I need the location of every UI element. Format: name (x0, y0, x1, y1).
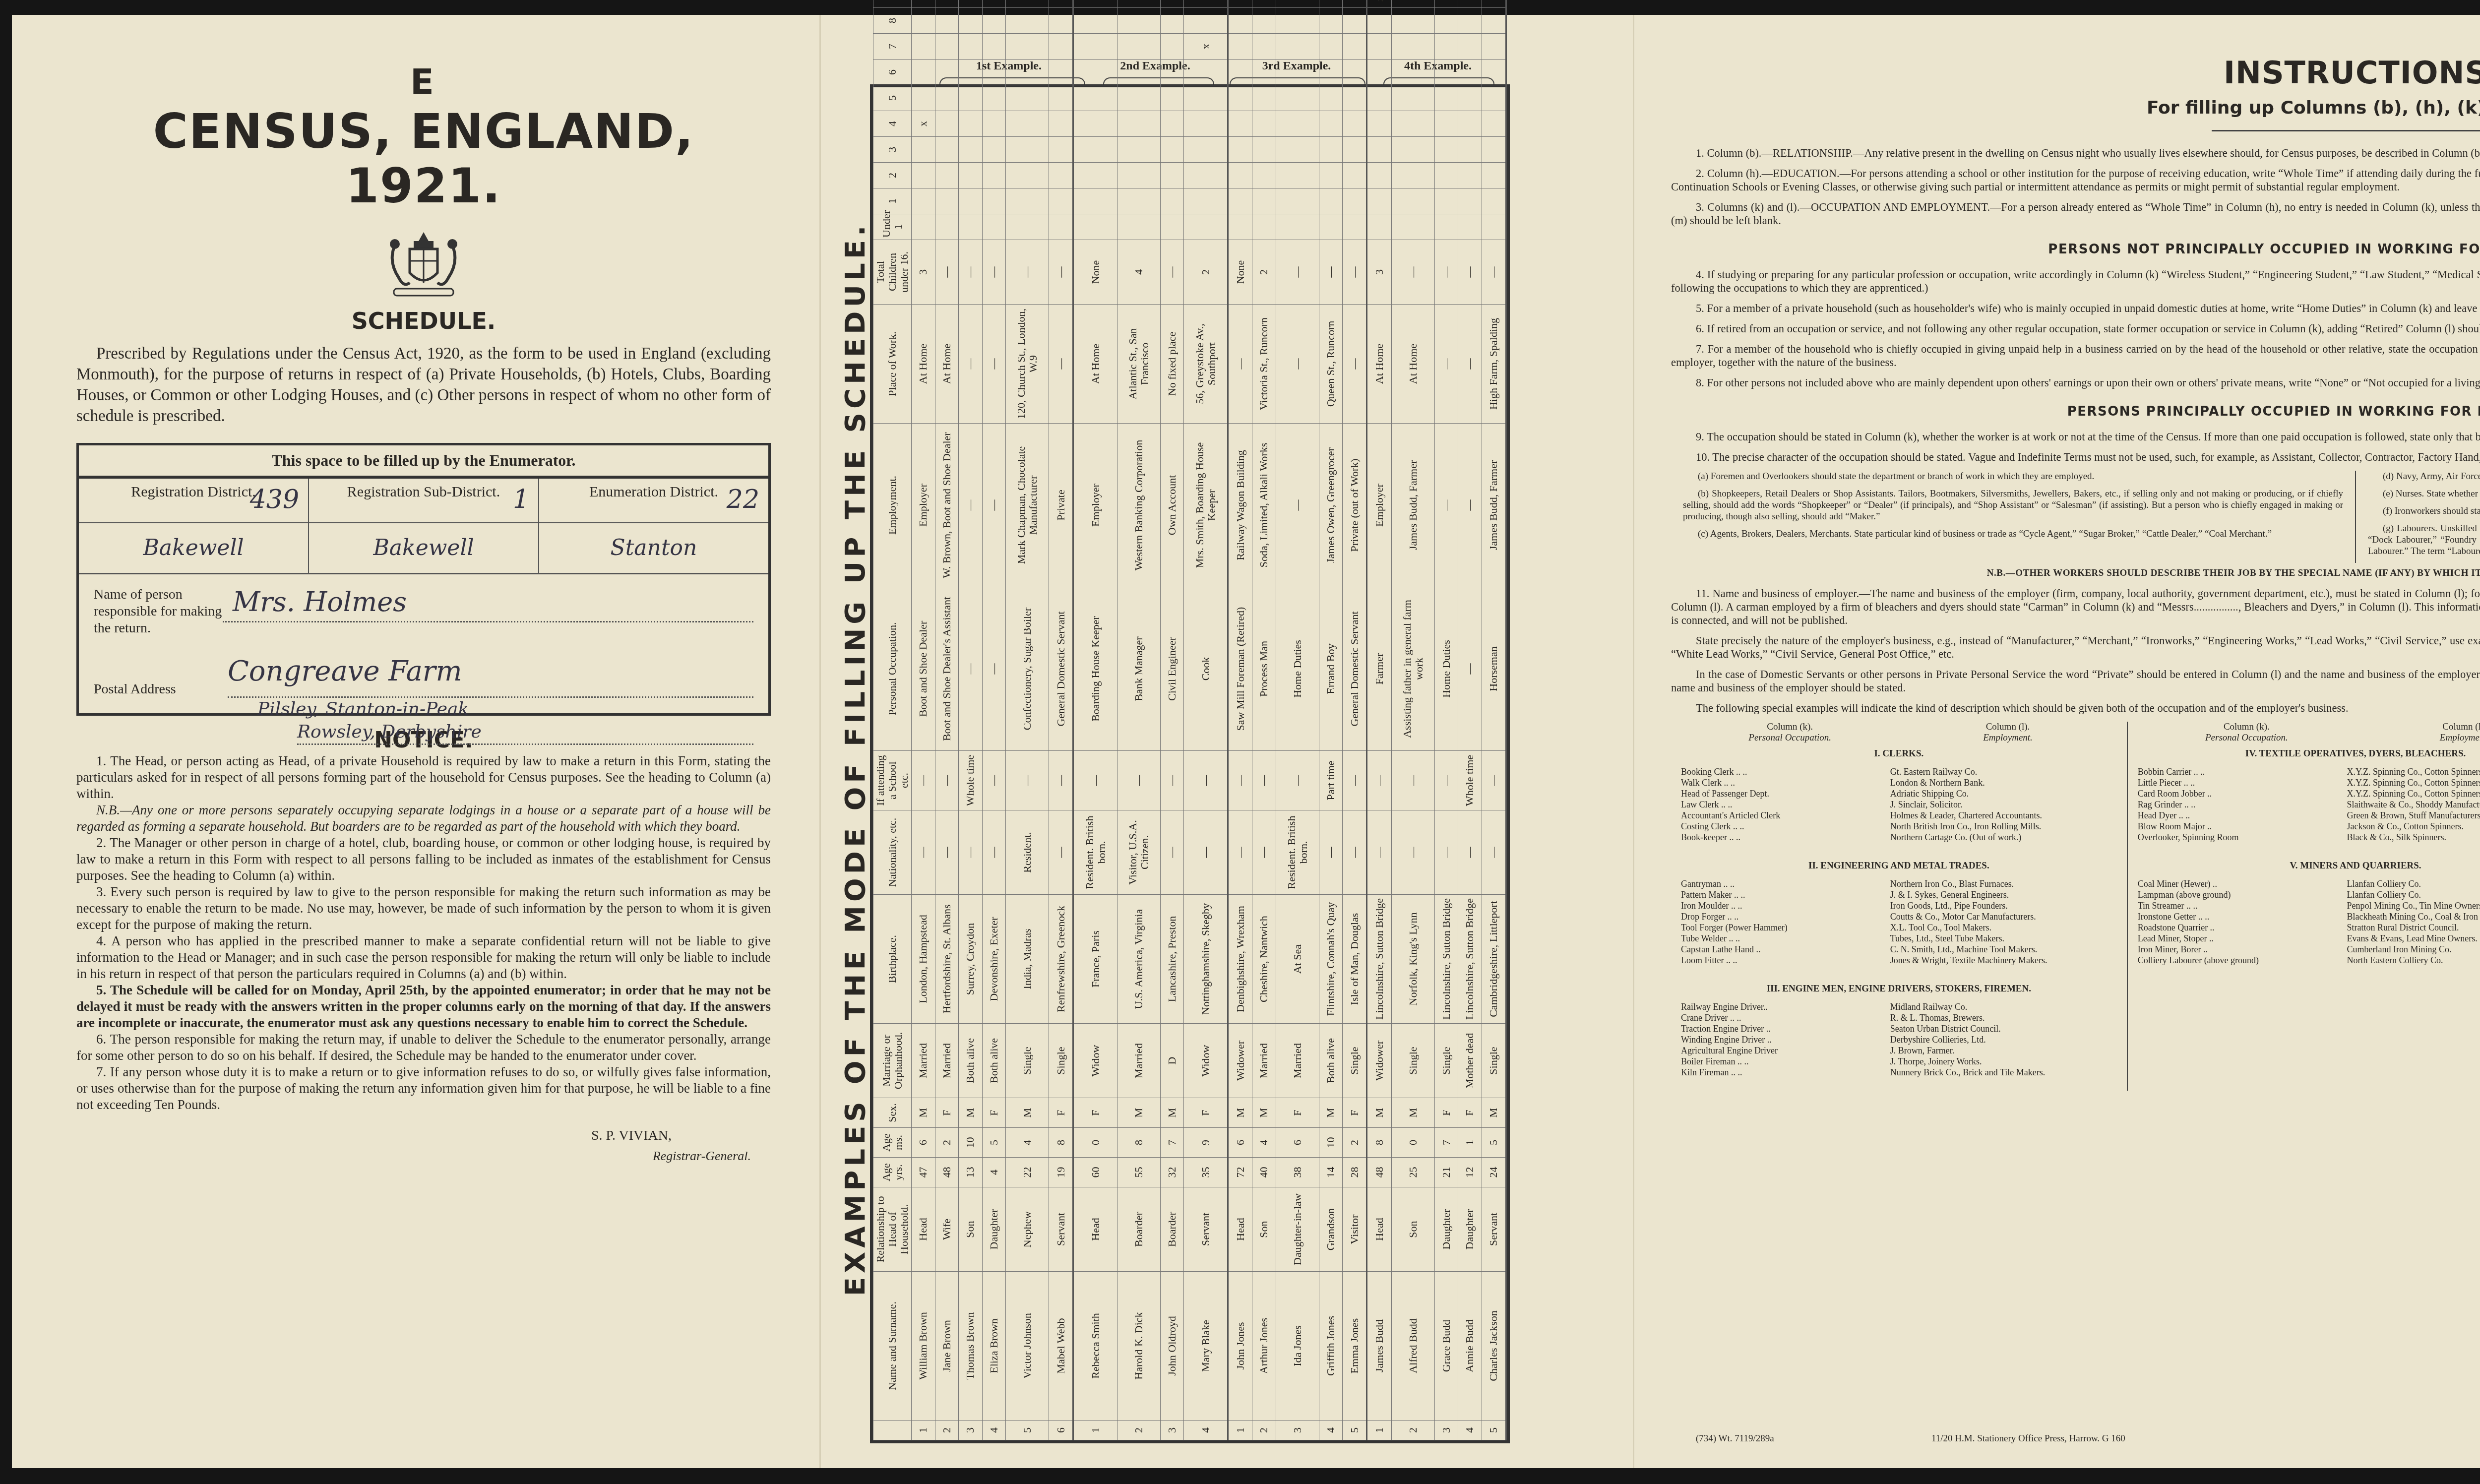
table-cell (1482, 60, 1506, 85)
example-group-title: V. MINERS AND QUARRIERS. (2138, 861, 2480, 871)
table-cell: F (935, 1098, 959, 1128)
employment: Green & Brown, Stuff Manufacturers. (2347, 810, 2480, 821)
table-cell: Hertfordshire, St. Albans (935, 895, 959, 1024)
personal-occupation: Crane Driver .. .. (1681, 1012, 1890, 1023)
table-cell: 56, Greystoke Av., Southport (1184, 305, 1228, 424)
example-row: Ironstone Getter .. ..Blackheath Mining … (2138, 911, 2480, 922)
example-row: Lead Miner, Stoper ..Evans & Evans, Lead… (2138, 933, 2480, 944)
table-row: 3Thomas BrownSon1310MBoth aliveSurrey, C… (959, 0, 983, 1440)
table-cell: — (982, 240, 1006, 305)
table-cell (1434, 163, 1458, 188)
table-cell: 25 (1391, 1158, 1434, 1187)
employment: Evans & Evans, Lead Mine Owners. (2347, 933, 2480, 944)
table-cell: — (959, 240, 983, 305)
table-cell (1434, 60, 1458, 85)
employment: Coutts & Co., Motor Car Manufacturers. (1890, 911, 2117, 922)
table-cell (935, 214, 959, 240)
table-cell (935, 163, 959, 188)
table-cell (982, 8, 1006, 34)
table-cell: 3 (1276, 1421, 1319, 1440)
table-cell: U.S. America, Virginia (1117, 895, 1160, 1024)
enumeration-district-number: 22 (727, 485, 759, 514)
subnote: (b) Shopkeepers, Retail Dealers or Shop … (1683, 488, 2343, 522)
table-cell: F (1434, 1098, 1458, 1128)
table-row: 2Harold K. DickBoarder558MMarriedU.S. Am… (1117, 0, 1160, 1440)
responsible-person-field[interactable]: Mrs. Holmes (223, 586, 753, 622)
table-cell: — (982, 810, 1006, 895)
column-header: 6 (873, 60, 912, 85)
personal-occupation: Winding Engine Driver .. (1681, 1034, 1890, 1045)
instruction-item: 11. Name and business of employer.—The n… (1671, 587, 2480, 627)
table-cell: M (1367, 1098, 1391, 1128)
table-cell: M (1006, 1098, 1049, 1128)
table-cell (1073, 137, 1117, 163)
table-cell: At Sea (1276, 895, 1319, 1024)
table-cell: — (982, 424, 1006, 587)
enumeration-district-field[interactable]: Enumeration District. 22 Stanton (539, 479, 768, 573)
table-cell (1252, 85, 1276, 111)
table-cell: Process Man (1252, 587, 1276, 751)
table-cell: 4 (1319, 1421, 1343, 1440)
instruction-item: 10. The precise character of the occupat… (1671, 450, 2480, 464)
table-cell (1391, 137, 1434, 163)
section-heading: PERSONS PRINCIPALLY OCCUPIED IN WORKING … (1671, 404, 2480, 419)
table-cell: 48 (935, 1158, 959, 1187)
column-header: Employment. (873, 424, 912, 587)
table-row: 5Charles JacksonServant245MSingleCambrid… (1482, 0, 1506, 1440)
registration-subdistrict-name: Bakewell (309, 523, 538, 560)
table-cell: Mark Chapman, Chocolate Manufacturer (1006, 424, 1049, 587)
subnote: (a) Foremen and Overlookers should state… (1683, 471, 2343, 482)
personal-occupation: Lampman (above ground) (2138, 889, 2347, 900)
table-cell (1117, 188, 1160, 214)
table-cell: Resident. (1006, 810, 1049, 895)
schedule-letter: E (76, 64, 771, 99)
employment: North British Iron Co., Iron Rolling Mil… (1890, 821, 2117, 832)
table-cell: Cook (1184, 587, 1228, 751)
example-row: Gantryman .. ..Northern Iron Co., Blast … (1681, 878, 2117, 889)
divider (2212, 130, 2480, 131)
table-cell (1006, 163, 1049, 188)
table-cell: 8 (1049, 1128, 1073, 1158)
personal-occupation: Accountant's Articled Clerk (1681, 810, 1890, 821)
personal-occupation: Bobbin Carrier .. .. (2138, 766, 2347, 777)
example-row: Head Dyer .. ..Green & Brown, Stuff Manu… (2138, 810, 2480, 821)
signature-title: Registrar-General. (76, 1149, 771, 1164)
table-cell (982, 111, 1006, 137)
table-cell (1458, 111, 1482, 137)
table-cell: — (1458, 305, 1482, 424)
table-cell: F (982, 1098, 1006, 1128)
postal-address-line2[interactable]: Pilsley, Stanton-in-Peak (257, 698, 768, 721)
table-cell: 35 (1184, 1158, 1228, 1187)
table-cell (1434, 34, 1458, 60)
table-cell: 5 (1482, 1128, 1506, 1158)
notice-item: 6. The person responsible for making the… (76, 1031, 771, 1064)
table-cell (1391, 60, 1434, 85)
table-cell: — (982, 305, 1006, 424)
table-cell: Daughter (982, 1187, 1006, 1272)
table-cell (982, 85, 1006, 111)
table-cell (1117, 34, 1160, 60)
table-cell: — (1276, 240, 1319, 305)
table-cell: F (1073, 1098, 1117, 1128)
example-column: Column (k).Personal Occupation.Column (l… (2128, 722, 2480, 1091)
table-cell: Single (1434, 1024, 1458, 1098)
table-cell (912, 188, 935, 214)
table-cell (1343, 0, 1367, 8)
table-cell: 7 (1160, 1128, 1184, 1158)
table-cell: M (1319, 1098, 1343, 1128)
table-cell: — (1319, 240, 1343, 305)
table-cell: — (1391, 751, 1434, 810)
employment: X.Y.Z. Spinning Co., Cotton Spinners. (2347, 788, 2480, 799)
table-cell: 10 (1319, 1128, 1343, 1158)
table-cell: Both alive (1319, 1024, 1343, 1098)
table-cell: — (1276, 751, 1319, 810)
table-cell (1276, 85, 1319, 111)
table-cell (1252, 34, 1276, 60)
postal-address-line1[interactable]: Congreave Farm (228, 642, 753, 698)
table-cell: 2 (1184, 240, 1228, 305)
table-cell: 40 (1252, 1158, 1276, 1187)
column-label: Column (k).Personal Occupation. (2138, 722, 2356, 743)
table-cell: — (1458, 587, 1482, 751)
postal-address-label: Postal Address (94, 681, 176, 697)
table-cell: 38 (1276, 1158, 1319, 1187)
personal-occupation: Lead Miner, Stoper .. (2138, 933, 2347, 944)
instruction-item: 6. If retired from an occupation or serv… (1671, 322, 2480, 335)
table-cell: M (1482, 1098, 1506, 1128)
table-cell: Isle of Man, Douglas (1343, 895, 1367, 1024)
table-cell: Jane Brown (935, 1272, 959, 1421)
table-cell: At Home (1073, 305, 1117, 424)
table-cell: — (1434, 305, 1458, 424)
table-cell: — (935, 810, 959, 895)
table-cell: 5 (1006, 1421, 1049, 1440)
section-heading: PERSONS NOT PRINCIPALLY OCCUPIED IN WORK… (1671, 242, 2480, 257)
table-row: 3John OldroydBoarder327MDLancashire, Pre… (1160, 0, 1184, 1440)
example-row: Iron Moulder .. ..Iron Goods, Ltd., Pipe… (1681, 900, 2117, 911)
table-cell (959, 8, 983, 34)
table-cell: — (1458, 240, 1482, 305)
table-cell (1458, 34, 1482, 60)
notice-item: 2. The Manager or other person in charge… (76, 835, 771, 884)
column-header: 7 (873, 34, 912, 60)
table-cell (982, 188, 1006, 214)
table-cell: W. Brown, Boot and Shoe Dealer (935, 424, 959, 587)
personal-occupation: Law Clerk .. .. (1681, 799, 1890, 810)
table-cell: — (1276, 305, 1319, 424)
table-cell: — (982, 587, 1006, 751)
table-cell: India, Madras (1006, 895, 1049, 1024)
table-cell (1117, 214, 1160, 240)
table-cell (1228, 60, 1252, 85)
employment: X.L. Tool Co., Tool Makers. (1890, 922, 2117, 933)
table-cell: Employer (1073, 424, 1117, 587)
employment: Tubes, Ltd., Steel Tube Makers. (1890, 933, 2117, 944)
table-cell: F (1276, 1098, 1319, 1128)
table-cell (1458, 214, 1482, 240)
table-cell (1434, 0, 1458, 8)
example-row: Costing Clerk .. ..North British Iron Co… (1681, 821, 2117, 832)
table-cell: 32 (1160, 1158, 1184, 1187)
table-cell (982, 60, 1006, 85)
employment: London & Northern Bank. (1890, 777, 2117, 788)
table-cell (912, 163, 935, 188)
instruction-item: 8. For other persons not included above … (1671, 376, 2480, 389)
instructions-panel: INSTRUCTIONS For filling up Columns (b),… (1671, 55, 2480, 1091)
table-cell: — (959, 587, 983, 751)
column-header: Birthplace. (873, 895, 912, 1024)
column-header: 3 (873, 137, 912, 163)
table-row: 2Alfred BuddSon250MSingleNorfolk, King's… (1391, 0, 1434, 1440)
table-cell: F (1343, 1098, 1367, 1128)
personal-occupation: Capstan Lathe Hand .. (1681, 944, 1890, 955)
table-cell: Boarder (1160, 1187, 1184, 1272)
table-cell: Private (1049, 424, 1073, 587)
personal-occupation: Tube Welder .. .. (1681, 933, 1890, 944)
table-cell: Renfrewshire, Greenock (1049, 895, 1073, 1024)
example-group-title: IV. TEXTILE OPERATIVES, DYERS, BLEACHERS… (2138, 748, 2480, 759)
schedule-heading: SCHEDULE. (76, 308, 771, 334)
table-cell (1367, 111, 1391, 137)
personal-occupation: Railway Engine Driver.. (1681, 1001, 1890, 1012)
table-cell (1117, 60, 1160, 85)
table-cell: 48 (1367, 1158, 1391, 1187)
table-cell: x x (1367, 0, 1391, 8)
table-cell (1434, 137, 1458, 163)
table-cell: 4 (1252, 1128, 1276, 1158)
table-cell: 5 (1343, 1421, 1367, 1440)
table-cell (912, 137, 935, 163)
table-cell (1482, 34, 1506, 60)
table-cell: Annie Budd (1458, 1272, 1482, 1421)
table-cell (1006, 85, 1049, 111)
table-cell (1073, 60, 1117, 85)
column-label: Column (l).Employment. (2356, 722, 2480, 743)
table-cell: Head (1228, 1187, 1252, 1272)
postal-address-line3[interactable]: Rowsley, Derbyshire (297, 721, 753, 745)
personal-occupation: Overlooker, Spinning Room (2138, 832, 2347, 843)
table-cell (1276, 137, 1319, 163)
table-cell: M (912, 1098, 935, 1128)
table-cell: James Budd (1367, 1272, 1391, 1421)
table-row: 1John JonesHead726MWidowerDenbighshire, … (1228, 0, 1252, 1440)
table-cell (1160, 188, 1184, 214)
table-cell (959, 60, 983, 85)
personal-occupation: Tool Forger (Power Hammer) (1681, 922, 1890, 933)
table-cell: — (1343, 810, 1367, 895)
personal-occupation: Booking Clerk .. .. (1681, 766, 1890, 777)
employment: Northern Iron Co., Blast Furnaces. (1890, 878, 2117, 889)
table-cell: — (1319, 810, 1343, 895)
employment: Nunnery Brick Co., Brick and Tile Makers… (1890, 1067, 2117, 1078)
table-cell: — (959, 305, 983, 424)
table-cell: — (1049, 240, 1073, 305)
personal-occupation: Kiln Fireman .. .. (1681, 1067, 1890, 1078)
personal-occupation: Roadstone Quarrier .. (2138, 922, 2347, 933)
table-cell: Flintshire, Connah's Quay (1319, 895, 1343, 1024)
column-header: 4 (873, 111, 912, 137)
table-cell: Private (out of Work) (1343, 424, 1367, 587)
notice-item: 7. If any person whose duty it is to mak… (76, 1064, 771, 1113)
example-row: Colliery Labourer (above ground)North Ea… (2138, 955, 2480, 966)
table-cell: Part time (1319, 751, 1343, 810)
table-cell (1160, 214, 1184, 240)
table-cell (1184, 163, 1228, 188)
table-cell: Mabel Webb (1049, 1272, 1073, 1421)
personal-occupation: Traction Engine Driver .. (1681, 1023, 1890, 1034)
table-cell (1367, 85, 1391, 111)
notice-item: 3. Every such person is required by law … (76, 884, 771, 933)
table-cell: 14 (1319, 1158, 1343, 1187)
table-cell (1434, 214, 1458, 240)
table-cell: — (935, 240, 959, 305)
table-cell (959, 0, 983, 8)
table-cell: Single (1482, 1024, 1506, 1098)
table-row: 4Griffith JonesGrandson1410MBoth aliveFl… (1319, 0, 1343, 1440)
registration-district-field[interactable]: Registration District. 439 Bakewell (79, 479, 309, 573)
employment: C. N. Smith, Ltd., Machine Tool Makers. (1890, 944, 2117, 955)
table-cell (959, 137, 983, 163)
table-cell (1160, 163, 1184, 188)
column-header: Under 1 (873, 214, 912, 240)
column-label-sub: Employment. (1899, 733, 2116, 743)
table-cell: Son (1391, 1187, 1434, 1272)
column-label-text: Column (k). (1767, 722, 1813, 732)
table-cell: Norfolk, King's Lynn (1391, 895, 1434, 1024)
table-cell (1006, 111, 1049, 137)
table-cell: 4 (1184, 1421, 1228, 1440)
table-cell (1184, 8, 1228, 34)
column-header: If attending a School etc. (873, 751, 912, 810)
table-cell: James Owen, Greengrocer (1319, 424, 1343, 587)
example-row: Card Room Jobber ..X.Y.Z. Spinning Co., … (2138, 788, 2480, 799)
employment: Cumberland Iron Mining Co. (2347, 944, 2480, 955)
table-cell: 1 (912, 1421, 935, 1440)
table-cell: 1 (1458, 1128, 1482, 1158)
employment: R. & L. Thomas, Brewers. (1890, 1012, 2117, 1023)
table-cell (1276, 163, 1319, 188)
table-cell: — (912, 810, 935, 895)
spacer (1681, 843, 2117, 856)
table-cell: 72 (1228, 1158, 1252, 1187)
table-cell (1228, 137, 1252, 163)
table-cell (1006, 8, 1049, 34)
instruction-item: 5. For a member of a private household (… (1671, 302, 2480, 315)
table-cell (1482, 163, 1506, 188)
column-header: Age ms. (873, 1128, 912, 1158)
table-cell: Railway Wagon Building (1228, 424, 1252, 587)
registration-subdistrict-field[interactable]: Registration Sub-District. 1 Bakewell (309, 479, 539, 573)
table-cell (1049, 163, 1073, 188)
employment: X.Y.Z. Spinning Co., Cotton Spinners. (2347, 777, 2480, 788)
table-cell (1006, 34, 1049, 60)
prescribed-text: Prescribed by Regulations under the Cens… (76, 343, 771, 427)
table-cell: Resident. British born. (1073, 810, 1117, 895)
table-cell: 4 (1117, 240, 1160, 305)
table-cell: M (1391, 1098, 1434, 1128)
table-cell (1049, 0, 1073, 8)
table-cell: William Brown (912, 1272, 935, 1421)
table-cell: 4 (982, 1158, 1006, 1187)
example-group-title: I. CLERKS. (1681, 748, 2117, 759)
column-header: Place of Work. (873, 305, 912, 424)
table-cell: Confectionery, Sugar Boiler (1006, 587, 1049, 751)
table-cell: — (1434, 424, 1458, 587)
table-cell (1073, 188, 1117, 214)
table-cell (1276, 8, 1319, 34)
table-cell (959, 163, 983, 188)
table-cell (1117, 85, 1160, 111)
table-cell (1049, 111, 1073, 137)
table-cell (1006, 60, 1049, 85)
table-row: 4Mary BlakeServant359FWidowNottinghamshi… (1184, 0, 1228, 1440)
table-cell: James Budd, Farmer (1391, 424, 1434, 587)
table-cell: 2 (1343, 1128, 1367, 1158)
table-cell: — (1434, 240, 1458, 305)
table-cell (982, 34, 1006, 60)
table-cell: 2 (1391, 1421, 1434, 1440)
table-cell (1184, 60, 1228, 85)
personal-occupation: Loom Fitter .. .. (1681, 955, 1890, 966)
notice-item: 1. The Head, or person acting as Head, o… (76, 753, 771, 802)
table-cell (1252, 111, 1276, 137)
table-cell (1458, 85, 1482, 111)
table-cell: 19 (1049, 1158, 1073, 1187)
table-cell: — (1117, 751, 1160, 810)
table-cell (1184, 188, 1228, 214)
example-row: Walk Clerk .. ..London & Northern Bank. (1681, 777, 2117, 788)
table-cell (1073, 85, 1117, 111)
table-cell: — (912, 751, 935, 810)
table-cell: 8 (1367, 1128, 1391, 1158)
table-cell (1319, 8, 1343, 34)
employment: Penpol Mining Co., Tin Mine Owners. (2347, 900, 2480, 911)
table-cell (1391, 85, 1434, 111)
table-cell (1482, 214, 1506, 240)
table-row: 4Eliza BrownDaughter45FBoth aliveDevonsh… (982, 0, 1006, 1440)
table-cell (935, 8, 959, 34)
table-cell (1391, 163, 1434, 188)
table-cell: Widower (1367, 1024, 1391, 1098)
table-cell (1319, 214, 1343, 240)
table-cell: Married (912, 1024, 935, 1098)
table-cell (1117, 111, 1160, 137)
example-row: Agricultural Engine DriverJ. Brown, Farm… (1681, 1045, 2117, 1056)
table-cell: Cheshire, Nantwich (1252, 895, 1276, 1024)
column-header: 5 (873, 85, 912, 111)
table-cell (1343, 188, 1367, 214)
table-cell: — (1228, 305, 1252, 424)
table-cell: 6 (1228, 1128, 1252, 1158)
table-cell: Lincolnshire, Sutton Bridge (1367, 895, 1391, 1024)
employment: J. Sinclair, Solicitor. (1890, 799, 2117, 810)
footer-print-code: (734) Wt. 7119/289a (1696, 1433, 1774, 1444)
table-cell: — (1049, 751, 1073, 810)
column-header: Sex. (873, 1098, 912, 1128)
table-cell: Western Banking Corporation (1117, 424, 1160, 587)
table-cell: — (959, 424, 983, 587)
table-row: 5Victor JohnsonNephew224MSingleIndia, Ma… (1006, 0, 1049, 1440)
example-row: Bobbin Carrier .. ..X.Y.Z. Spinning Co.,… (2138, 766, 2480, 777)
table-cell: Farmer (1367, 587, 1391, 751)
table-cell: Son (959, 1187, 983, 1272)
table-cell: At Home (1391, 305, 1434, 424)
table-cell: London, Hampstead (912, 895, 935, 1024)
personal-occupation: Walk Clerk .. .. (1681, 777, 1890, 788)
